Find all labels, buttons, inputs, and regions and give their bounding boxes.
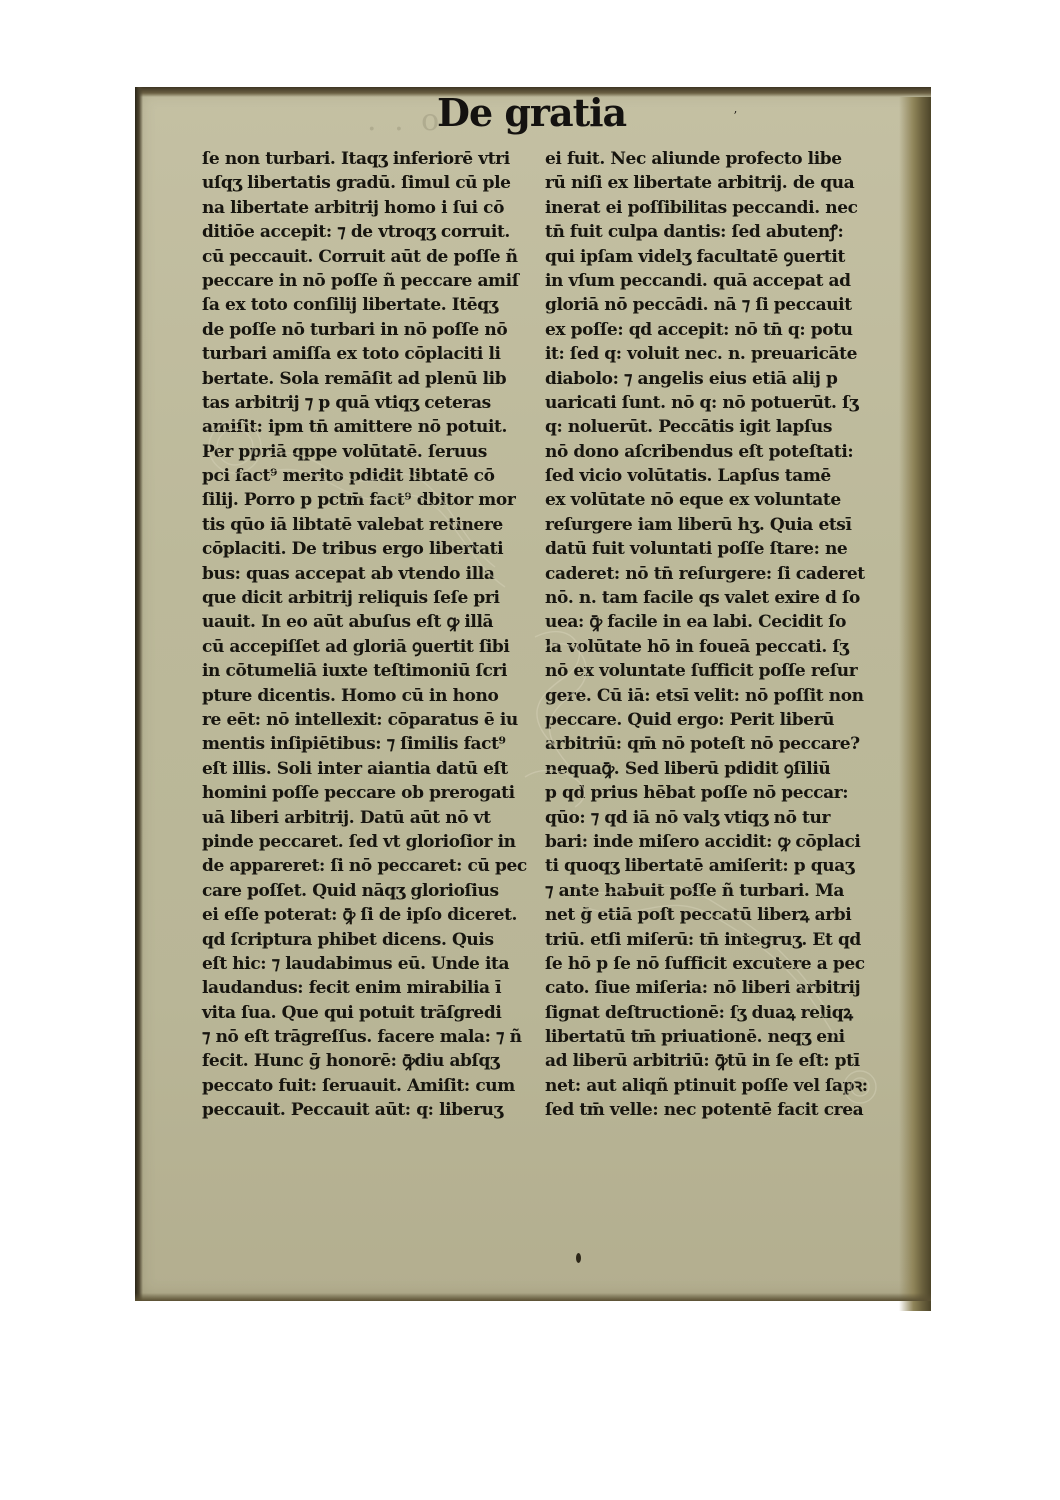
text-line: ei fuit. Nec aliunde profecto libe [545, 147, 887, 171]
text-line: cato. ſiue miſeria: nō liberi arbitrij [545, 976, 887, 1000]
text-line: peccato fuit: ſeruauit. Amiſit: cum [202, 1074, 540, 1098]
text-line: que dicit arbitrij reliquis ſeſe pri [202, 586, 540, 610]
text-line: pinde peccaret. ſed vt glorioſior in [202, 830, 540, 854]
text-line: reſurgere iam liberū hʒ. Quia etsī [545, 513, 887, 537]
text-line: ſignat deſtructionē: ſʒ duaꝝ reliqꝝ [545, 1001, 887, 1025]
text-line: datū fuit voluntati poſſe ſtare: ne [545, 537, 887, 561]
text-column-left: ſe non turbari. Itaqʒ inferiorē vtriuſqʒ… [202, 147, 540, 1123]
text-line: ſilij. Porro p pctm̄ fact⁹ dbitor mor [202, 488, 540, 512]
text-line: nō dono aſcribendus eſt poteſtati: [545, 440, 887, 464]
text-line: la volūtate hō in foueā peccati. ſʒ [545, 635, 887, 659]
text-line: peccare. Quid ergo: Perit liberū [545, 708, 887, 732]
text-line: eſt hic: ⁊ laudabimus eū. Unde ita [202, 952, 540, 976]
text-line: ditiōe accepit: ⁊ de vtroqʒ corruit. [202, 220, 540, 244]
text-line: ſa ex toto conſilij libertate. Itēqʒ [202, 293, 540, 317]
text-line: uaricati ſunt. nō q: nō potuerūt. ſʒ [545, 391, 887, 415]
text-line: uā liberi arbitrij. Datū aūt nō vt [202, 806, 540, 830]
text-line: p qd prius hēbat poſſe nō peccar: [545, 781, 887, 805]
text-line: it: ſed q: voluit nec. n. preuaricāte [545, 342, 887, 366]
text-line: ex volūtate nō eque ex voluntate [545, 488, 887, 512]
text-line: de appareret: ſi nō peccaret: cū pec [202, 854, 540, 878]
text-line: nō. n. tam facile qs valet exire d ſo [545, 586, 887, 610]
text-line: tas arbitrij ⁊ p quā vtiqʒ ceteras [202, 391, 540, 415]
text-line: ſed tm̄ velle: nec potentē facit crea [545, 1098, 887, 1122]
text-line: ti quoqʒ libertatē amiſerit: p quaʒ [545, 854, 887, 878]
signature-mark [576, 1253, 581, 1263]
text-line: triū. etſi miſerū: tn̄ integruʒ. Et qd [545, 928, 887, 952]
text-line: peccauit. Peccauit aūt: q: liberuʒ [202, 1098, 540, 1122]
text-line: q: noluerūt. Peccātis igit lapſus [545, 415, 887, 439]
text-line: fecit. Hunc ḡ honorē: ꝙ̄diu abſqʒ [202, 1049, 540, 1073]
text-line: tis qūo iā libtatē valebat retinere [202, 513, 540, 537]
text-line: in cōtumeliā iuxte teſtimoniū ſcri [202, 659, 540, 683]
text-line: ad liberū arbitriū: ꝙ̄tū in ſe eſt: ptī [545, 1049, 887, 1073]
text-line: inerat ei poſſibilitas peccandi. nec [545, 196, 887, 220]
text-line: uſqʒ libertatis gradū. ſimul cū ple [202, 171, 540, 195]
page-gutter-edge [135, 87, 143, 1301]
text-line: ſe hō p ſe nō ſufficit excutere a pec [545, 952, 887, 976]
text-line: mentis inſipiētibus: ⁊ ſimilis fact⁹ [202, 732, 540, 756]
text-line: cōplaciti. De tribus ergo libertati [202, 537, 540, 561]
text-line: ⁊ nō eſt trāgreſſus. facere mala: ⁊ ñ [202, 1025, 540, 1049]
text-line: ſe non turbari. Itaqʒ inferiorē vtri [202, 147, 540, 171]
text-line: peccare in nō poſſe ñ peccare amiſ [202, 269, 540, 293]
text-line: cū accepiſſet ad gloriā ꝯuertit ſibi [202, 635, 540, 659]
text-line: ſed vicio volūtatis. Lapſus tamē [545, 464, 887, 488]
text-line: in vſum peccandi. quā accepat ad [545, 269, 887, 293]
text-line: cū peccauit. Corruit aūt de poſſe ñ [202, 245, 540, 269]
text-line: bari: inde miſero accidit: ꝙ cōplaci [545, 830, 887, 854]
text-line: caderet: nō tn̄ reſurgere: ſi caderet [545, 562, 887, 586]
text-line: de poſſe nō turbari in nō poſſe nō [202, 318, 540, 342]
text-line: nō ex voluntate ſufficit poſſe reſur [545, 659, 887, 683]
text-line: ex poſſe: qd accepit: nō tn̄ q: potu [545, 318, 887, 342]
text-line: Per ppriā qppe volūtatē. ſeruus [202, 440, 540, 464]
text-line: care poſſet. Quid nāqʒ glorioſius [202, 879, 540, 903]
page-bottom-edge [135, 1293, 931, 1301]
page-fore-edge [899, 97, 931, 1311]
text-line: amiſit: ipm tn̄ amittere nō potuit. [202, 415, 540, 439]
text-line: qui ipſam videlʒ facultatē ꝯuertit [545, 245, 887, 269]
text-line: qd ſcriptura phibet dicens. Quis [202, 928, 540, 952]
text-line: tn̄ fuit culpa dantis: ſed abutenꝭ: [545, 220, 887, 244]
text-line: gloriā nō peccādi. nā ⁊ ſi peccauit [545, 293, 887, 317]
text-line: re eēt: nō intellexit: cōparatus ē iu [202, 708, 540, 732]
text-line: ei eſſe poterat: ꝙ̄ ſi de ipſo diceret. [202, 903, 540, 927]
text-line: net ḡ etiā poſt peccatū liberꝝ arbi [545, 903, 887, 927]
text-column-right: ei fuit. Nec aliunde profecto liberū niſ… [545, 147, 887, 1123]
running-head: De gratia [437, 90, 626, 135]
text-line: net: aut aliqñ ptinuit poſſe vel ſapꝛ: [545, 1074, 887, 1098]
text-line: gere. Cū iā: etsī velit: nō poſſit non [545, 684, 887, 708]
text-line: bus: quas accepat ab vtendo illa [202, 562, 540, 586]
text-line: turbari amiſſa ex toto cōplaciti li [202, 342, 540, 366]
text-line: laudandus: fecit enim mirabilia ī [202, 976, 540, 1000]
scanned-page: . . o De gratia ʼ ſe non turbari. Itaqʒ … [135, 87, 931, 1301]
head-mark: ʼ [733, 109, 737, 123]
text-line: eſt illis. Soli inter aiantia datū eſt [202, 757, 540, 781]
text-line: bertate. Sola remāſit ad plenū lib [202, 367, 540, 391]
text-line: pci fact⁹ merito pdidit libtatē cō [202, 464, 540, 488]
text-line: homini poſſe peccare ob prerogati [202, 781, 540, 805]
text-line: ⁊ ante habuit poſſe ñ turbari. Ma [545, 879, 887, 903]
text-line: vita ſua. Que qui potuit trāſgredi [202, 1001, 540, 1025]
text-line: uauit. In eo aūt abuſus eſt ꝙ illā [202, 610, 540, 634]
text-line: pture dicentis. Homo cū in hono [202, 684, 540, 708]
text-line: nequaꝙ̄. Sed liberū pdidit ꝯſiliū [545, 757, 887, 781]
text-line: rū niſi ex libertate arbitrij. de qua [545, 171, 887, 195]
text-line: na libertate arbitrij homo i ſui cō [202, 196, 540, 220]
text-line: arbitriū: qm̄ nō poteſt nō peccare? [545, 732, 887, 756]
show-through-text: . . o [367, 103, 443, 138]
text-line: uea: ꝙ̄ facile in ea labi. Cecidit ſo [545, 610, 887, 634]
text-line: libertatū tm̄ priuationē. neqʒ eni [545, 1025, 887, 1049]
text-line: qūo: ⁊ qd iā nō valʒ vtiqʒ nō tur [545, 806, 887, 830]
text-line: diabolo: ⁊ angelis eius etiā alij p [545, 367, 887, 391]
